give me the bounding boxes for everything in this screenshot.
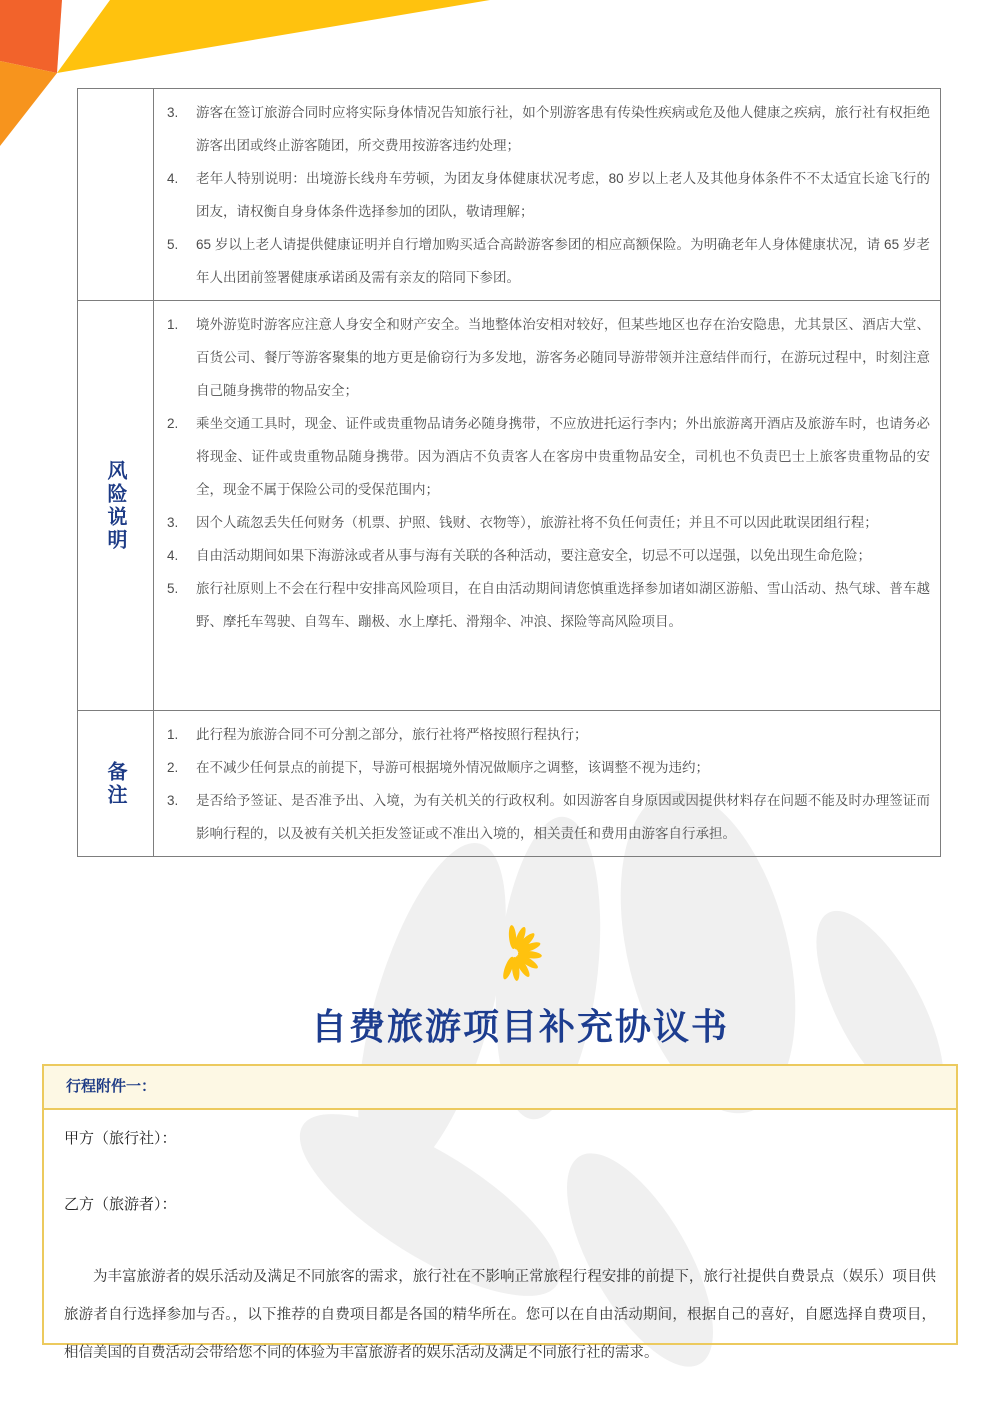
item-number: 3. xyxy=(167,784,196,850)
item-number: 5. xyxy=(167,228,196,294)
item-number: 1. xyxy=(167,718,196,751)
item-text: 旅行社原则上不会在行程中安排高风险项目，在自由活动期间请您慎重选择参加诸如湖区游… xyxy=(196,572,930,638)
item-text: 在不减少任何景点的前提下，导游可根据境外情况做顺序之调整，该调整不视为违约； xyxy=(196,751,930,784)
item-text: 境外游览时游客应注意人身安全和财产安全。当地整体治安相对较好，但某些地区也存在治… xyxy=(196,308,930,407)
attachment-header: 行程附件一： xyxy=(44,1066,956,1110)
page-title: 自费旅游项目补充协议书 xyxy=(40,999,1000,1050)
item-text: 因个人疏忽丢失任何财务（机票、护照、钱财、衣物等），旅游社将不负任何责任；并且不… xyxy=(196,506,930,539)
numbered-item: 1. 境外游览时游客应注意人身安全和财产安全。当地整体治安相对较好，但某些地区也… xyxy=(167,308,930,407)
row-label-cell: 风险说明 xyxy=(78,301,154,710)
row-label: 备注 xyxy=(101,761,130,807)
row-content-cell: 1. 境外游览时游客应注意人身安全和财产安全。当地整体治安相对较好，但某些地区也… xyxy=(154,301,940,710)
numbered-item: 1. 此行程为旅游合同不可分割之部分，旅行社将严格按照行程执行； xyxy=(167,718,930,751)
numbered-item: 4. 老年人特别说明：出境游长线舟车劳顿，为团友身体健康状况考虑，80 岁以上老… xyxy=(167,162,930,228)
table-row: 备注 1. 此行程为旅游合同不可分割之部分，旅行社将严格按照行程执行； 2. 在… xyxy=(78,710,940,856)
item-text: 是否给予签证、是否准予出、入境，为有关机关的行政权利。如因游客自身原因或因提供材… xyxy=(196,784,930,850)
row-label: 风险说明 xyxy=(101,460,130,552)
party-a-line: 甲方（旅行社）： xyxy=(64,1128,936,1150)
item-number: 4. xyxy=(167,162,196,228)
numbered-item: 2. 在不减少任何景点的前提下，导游可根据境外情况做顺序之调整，该调整不视为违约… xyxy=(167,751,930,784)
corner-triangle-yellow xyxy=(57,0,490,73)
intro-paragraph: 为丰富旅游者的娱乐活动及满足不同旅客的需求，旅行社在不影响正常旅程行程安排的前提… xyxy=(64,1258,936,1372)
item-text: 此行程为旅游合同不可分割之部分，旅行社将严格按照行程执行； xyxy=(196,718,930,751)
item-text: 65 岁以上老人请提供健康证明并自行增加购买适合高龄游客参团的相应高额保险。为明… xyxy=(196,228,930,294)
numbered-item: 2. 乘坐交通工具时，现金、证件或贵重物品请务必随身携带，不应放进托运行李内；外… xyxy=(167,407,930,506)
item-text: 自由活动期间如果下海游泳或者从事与海有关联的各种活动，要注意安全，切忌不可以逞强… xyxy=(196,539,930,572)
leaf-fan-icon xyxy=(492,918,548,988)
title-section: 自费旅游项目补充协议书 xyxy=(40,918,1000,1050)
table-row: 风险说明 1. 境外游览时游客应注意人身安全和财产安全。当地整体治安相对较好，但… xyxy=(78,300,940,710)
numbered-item: 3. 因个人疏忽丢失任何财务（机票、护照、钱财、衣物等），旅游社将不负任何责任；… xyxy=(167,506,930,539)
numbered-item: 5. 65 岁以上老人请提供健康证明并自行增加购买适合高龄游客参团的相应高额保险… xyxy=(167,228,930,294)
item-number: 5. xyxy=(167,572,196,638)
row-label-cell: 备注 xyxy=(78,711,154,856)
numbered-item: 4. 自由活动期间如果下海游泳或者从事与海有关联的各种活动，要注意安全，切忌不可… xyxy=(167,539,930,572)
document-page: 3. 游客在签订旅游合同时应将实际身体情况告知旅行社，如个别游客患有传染性疾病或… xyxy=(0,0,1000,1417)
numbered-item: 3. 是否给予签证、是否准予出、入境，为有关机关的行政权利。如因游客自身原因或因… xyxy=(167,784,930,850)
row-content-cell: 1. 此行程为旅游合同不可分割之部分，旅行社将严格按照行程执行； 2. 在不减少… xyxy=(154,711,940,856)
terms-table: 3. 游客在签订旅游合同时应将实际身体情况告知旅行社，如个别游客患有传染性疾病或… xyxy=(77,88,941,857)
attachment-body: 甲方（旅行社）： 乙方（旅游者）： 为丰富旅游者的娱乐活动及满足不同旅客的需求，… xyxy=(44,1128,956,1372)
item-text: 老年人特别说明：出境游长线舟车劳顿，为团友身体健康状况考虑，80 岁以上老人及其… xyxy=(196,162,930,228)
numbered-item: 5. 旅行社原则上不会在行程中安排高风险项目，在自由活动期间请您慎重选择参加诸如… xyxy=(167,572,930,638)
item-number: 1. xyxy=(167,308,196,407)
item-number: 2. xyxy=(167,751,196,784)
item-text: 乘坐交通工具时，现金、证件或贵重物品请务必随身携带，不应放进托运行李内；外出旅游… xyxy=(196,407,930,506)
corner-triangle-orange-light xyxy=(0,61,57,146)
item-number: 3. xyxy=(167,506,196,539)
party-b-line: 乙方（旅游者）： xyxy=(64,1194,936,1216)
attachment-box: 行程附件一： 甲方（旅行社）： 乙方（旅游者）： 为丰富旅游者的娱乐活动及满足不… xyxy=(42,1064,958,1345)
item-number: 4. xyxy=(167,539,196,572)
corner-triangle-orange-dark xyxy=(0,0,62,73)
item-number: 2. xyxy=(167,407,196,506)
corner-decoration xyxy=(0,0,492,150)
